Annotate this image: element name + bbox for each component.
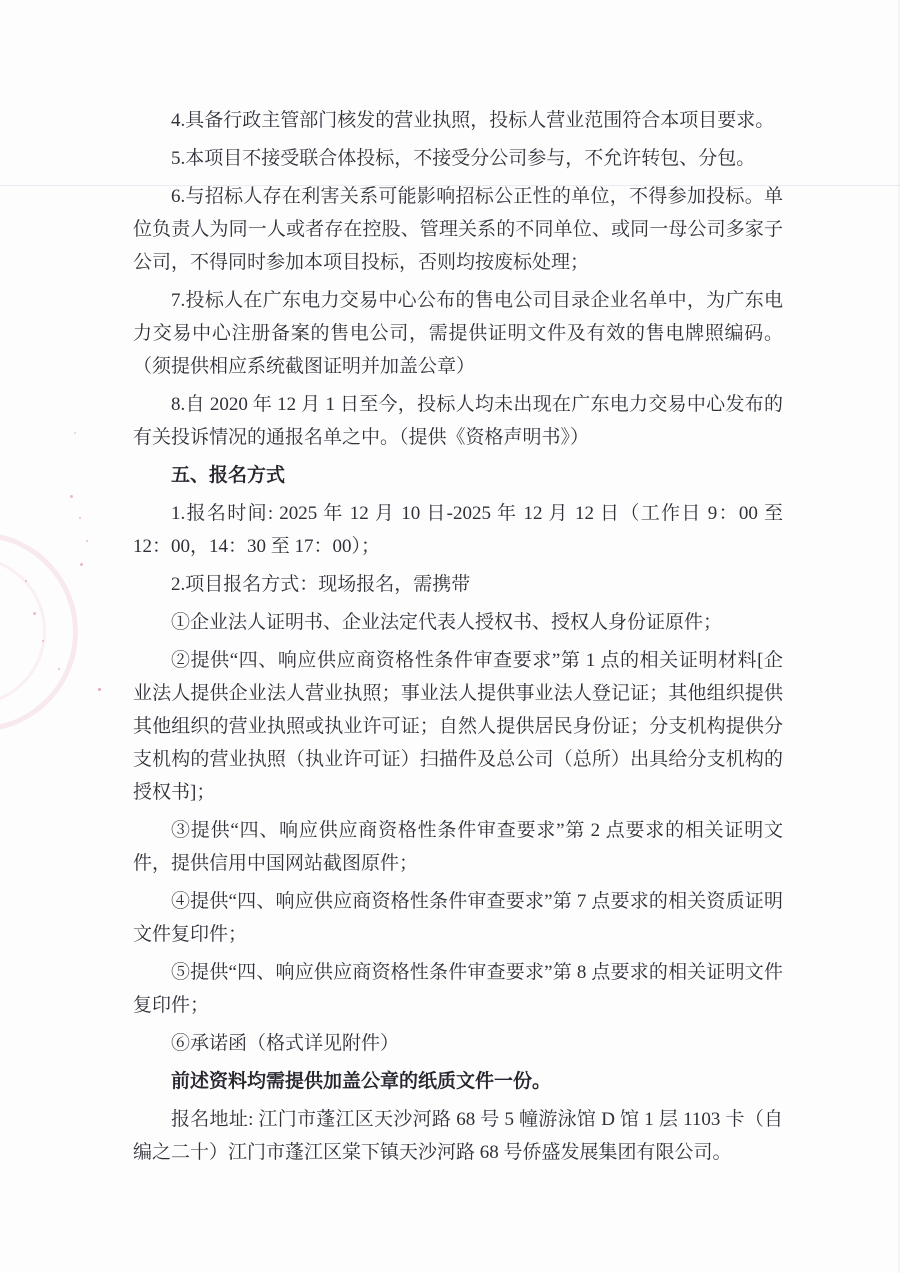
para-registration-time: 1.报名时间: 2025 年 12 月 10 日-2025 年 12 月 12 … xyxy=(133,497,783,563)
document-text-block: 4.具备行政主管部门核发的营业执照，投标人营业范围符合本项目要求。 5.本项目不… xyxy=(133,104,783,1174)
para-item-7: 7.投标人在广东电力交易中心公布的售电公司目录企业名单中，为广东电力交易中心注册… xyxy=(133,284,783,383)
para-registration-address: 报名地址: 江门市蓬江区天沙河路 68 号 5 幢游泳馆 D 馆 1 层 110… xyxy=(133,1103,783,1169)
section-heading-registration: 五、报名方式 xyxy=(133,459,783,492)
para-item-8: 8.自 2020 年 12 月 1 日至今，投标人均未出现在广东电力交易中心发布… xyxy=(133,388,783,454)
para-item-4: 4.具备行政主管部门核发的营业执照，投标人营业范围符合本项目要求。 xyxy=(133,104,783,137)
para-item-6: 6.与招标人存在利害关系可能影响招标公正性的单位，不得参加投标。单位负责人为同一… xyxy=(133,180,783,279)
stamp-speckle xyxy=(42,640,44,642)
para-material-3: ③提供“四、响应供应商资格性条件审查要求”第 2 点要求的相关证明文件，提供信用… xyxy=(133,814,783,880)
stamp-speckle xyxy=(98,688,101,691)
stamp-speckle xyxy=(86,540,88,542)
para-material-5: ⑤提供“四、响应供应商资格性条件审查要求”第 8 点要求的相关证明文件复印件； xyxy=(133,956,783,1022)
para-registration-method: 2.项目报名方式：现场报名，需携带 xyxy=(133,568,783,601)
para-material-4: ④提供“四、响应供应商资格性条件审查要求”第 7 点要求的相关资质证明文件复印件… xyxy=(133,885,783,951)
para-material-2: ②提供“四、响应供应商资格性条件审查要求”第 1 点的相关证明材料[企业法人提供… xyxy=(133,644,783,809)
stamp-speckle xyxy=(25,580,27,582)
stamp-speckle xyxy=(80,563,83,566)
stamp-speckle xyxy=(58,668,60,670)
stamp-speckle xyxy=(33,612,36,615)
para-material-6: ⑥承诺函（格式详见附件） xyxy=(133,1027,783,1060)
document-page: 4.具备行政主管部门核发的营业执照，投标人营业范围符合本项目要求。 5.本项目不… xyxy=(0,0,900,1273)
stamp-speckle xyxy=(74,432,76,434)
stamp-speckle xyxy=(79,517,81,519)
para-material-1: ①企业法人证明书、企业法定代表人授权书、授权人身份证原件； xyxy=(133,606,783,639)
para-paper-copy-note: 前述资料均需提供加盖公章的纸质文件一份。 xyxy=(133,1065,783,1098)
stamp-speckle xyxy=(70,495,73,498)
para-item-5: 5.本项目不接受联合体投标，不接受分公司参与，不允许转包、分包。 xyxy=(133,142,783,175)
